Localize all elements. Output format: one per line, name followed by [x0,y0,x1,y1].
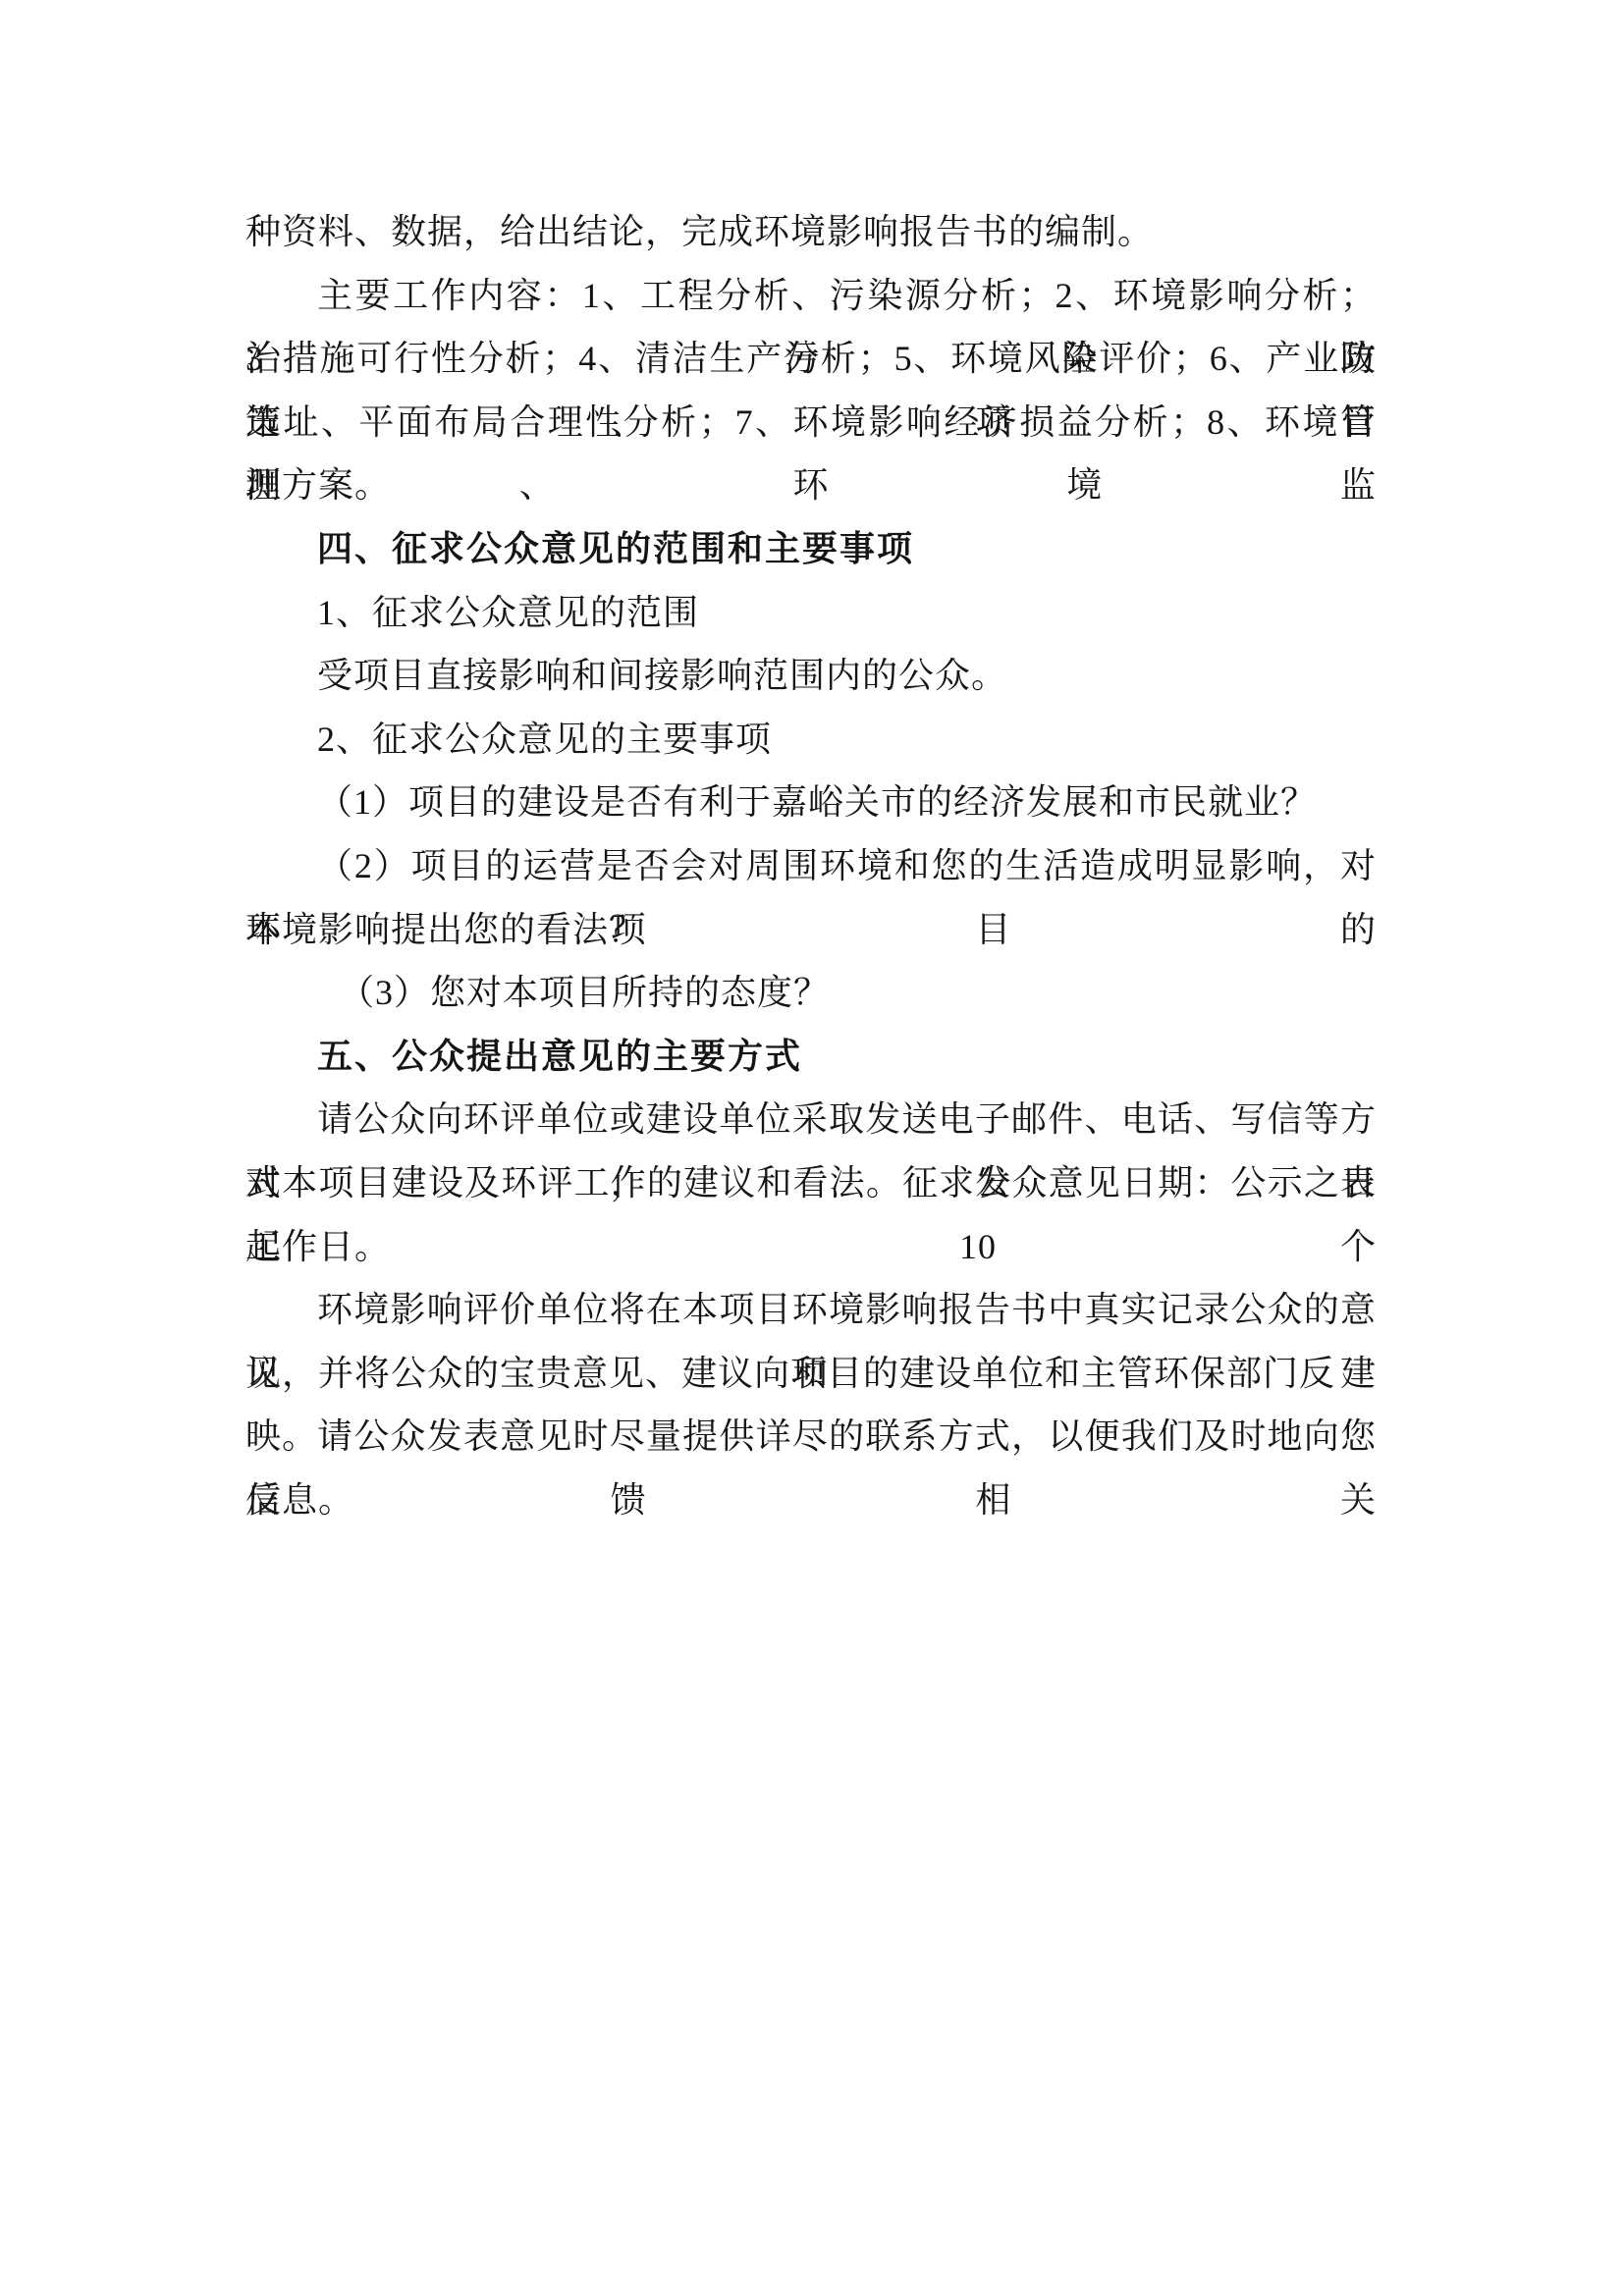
text-line: 环境影响评价单位将在本项目环境影响报告书中真实记录公众的意见和建 [245,1278,1377,1342]
section-heading: 五、公众提出意见的主要方式 [245,1025,1377,1089]
text-line: 主要工作内容：1、工程分析、污染源分析；2、环境影响分析；3、污染防 [245,264,1377,328]
text-line: 请公众向环评单位或建设单位采取发送电子邮件、电话、写信等方式，发表 [245,1088,1377,1151]
text-line: 选址、平面布局合理性分析；7、环境影响经济损益分析；8、环境管理、环境监 [245,391,1377,454]
document-text-block: 种资料、数据，给出结论，完成环境影响报告书的编制。主要工作内容：1、工程分析、污… [245,200,1377,1531]
text-line: 治措施可行性分析；4、清洁生产分析；5、环境风险评价；6、产业政策、项目 [245,327,1377,391]
text-line: （2）项目的运营是否会对周围环境和您的生活造成明显影响，对本项目的 [245,834,1377,898]
text-line: 对本项目建设及环评工作的建议和看法。征求公众意见日期：公示之日起 10 个 [245,1151,1377,1215]
text-line: （3）您对本项目所持的态度？ [245,961,1377,1025]
text-line: 2、征求公众意见的主要事项 [245,708,1377,772]
text-line: 受项目直接影响和间接影响范围内的公众。 [245,644,1377,708]
text-line: （1）项目的建设是否有利于嘉峪关市的经济发展和市民就业？ [245,771,1377,834]
document-page: 种资料、数据，给出结论，完成环境影响报告书的编制。主要工作内容：1、工程分析、污… [0,0,1624,2296]
text-line: 1、征求公众意见的范围 [245,581,1377,645]
text-line: 种资料、数据，给出结论，完成环境影响报告书的编制。 [245,200,1377,264]
text-line: 议，并将公众的宝贵意见、建议向项目的建设单位和主管环保部门反映。 [245,1342,1377,1406]
section-heading: 四、征求公众意见的范围和主要事项 [245,517,1377,581]
text-line: 请公众发表意见时尽量提供详尽的联系方式，以便我们及时地向您反馈相关 [245,1405,1377,1468]
